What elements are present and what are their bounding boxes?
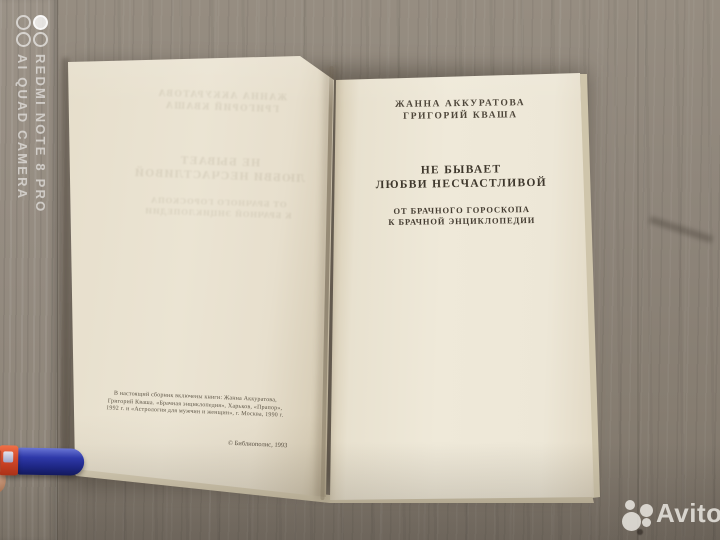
title-page-text-column: ЖАННА АККУРАТОВА ГРИГОРИЙ КВАША НЕ БЫВАЕ…	[328, 96, 594, 228]
avito-dot-icon	[625, 500, 635, 510]
author-name: ЖАННА АККУРАТОВА	[328, 96, 592, 112]
imprint-line: 1992 г. и «Астрология для мужчин и женщи…	[86, 404, 304, 421]
camera-lens-icon	[16, 15, 31, 30]
pen-cap-body	[16, 448, 84, 476]
ballpoint-pen	[0, 443, 90, 497]
ghost-author-line: ЖАННА АККУРАТОВА	[120, 86, 324, 105]
camera-lens-icon	[16, 32, 31, 47]
avito-logo-text: Avito	[656, 498, 720, 529]
watermark-text: REDMI NOTE 8 PRO AI QUAD CAMERA	[13, 54, 49, 250]
book-title-line: ЛЮБВИ НЕСЧАСТЛИВОЙ	[329, 176, 593, 193]
book-subtitle-line: ОТ БРАЧНОГО ГОРОСКОПА	[330, 203, 594, 217]
camera-lens-icon	[33, 32, 48, 47]
authors-block: ЖАННА АККУРАТОВА ГРИГОРИЙ КВАША	[328, 96, 592, 124]
imprint-line: Григорий Кваша. «Брачная энциклопедия», …	[86, 397, 304, 414]
watermark-line-2: AI QUAD CAMERA	[13, 54, 31, 250]
book-title: НЕ БЫВАЕТ ЛЮБВИ НЕСЧАСТЛИВОЙ	[329, 162, 593, 193]
show-through-ghost-text: ЖАННА АККУРАТОВА ГРИГОРИЙ КВАША НЕ БЫВАЕ…	[116, 86, 324, 221]
camera-lens-icon-filled	[33, 15, 48, 30]
quad-camera-icon	[16, 15, 50, 49]
author-name: ГРИГОРИЙ КВАША	[328, 108, 592, 124]
ghost-subtitle-line: К БРАЧНОЙ ЭНЦИКЛОПЕДИИ	[116, 204, 320, 222]
avito-dot-icon	[622, 512, 641, 531]
book-left-edge-shadow	[62, 58, 69, 474]
imprint-line: В настоящий сборник включены книги: Жанн…	[86, 389, 304, 406]
photo-of-open-book: REDMI NOTE 8 PRO AI QUAD CAMERA ЖАННА АК…	[0, 0, 720, 540]
book-subtitle: ОТ БРАЧНОГО ГОРОСКОПА К БРАЧНОЙ ЭНЦИКЛОП…	[330, 203, 594, 228]
book-title-line: НЕ БЫВАЕТ	[329, 162, 593, 179]
ghost-title-line: НЕ БЫВАЕТ	[118, 152, 322, 173]
pen-clip-highlight	[3, 451, 13, 462]
wood-seam	[637, 0, 639, 540]
book-left-page: ЖАННА АККУРАТОВА ГРИГОРИЙ КВАША НЕ БЫВАЕ…	[60, 50, 340, 505]
ghost-subtitle-line: ОТ БРАЧНОГО ГОРОСКОПА	[116, 193, 320, 211]
wood-knot	[637, 529, 643, 535]
book-subtitle-line: К БРАЧНОЙ ЭНЦИКЛОПЕДИИ	[330, 214, 594, 228]
ghost-author-line: ГРИГОРИЙ КВАША	[119, 98, 323, 117]
copyright-line: © Библиополис, 1993	[228, 440, 288, 449]
book-title-page: ЖАННА АККУРАТОВА ГРИГОРИЙ КВАША НЕ БЫВАЕ…	[325, 62, 605, 512]
avito-dot-icon	[640, 504, 653, 517]
ghost-title-line: ЛЮБВИ НЕСЧАСТЛИВОЙ	[117, 166, 321, 187]
imprint-text: В настоящий сборник включены книги: Жанн…	[86, 389, 305, 421]
avito-dot-icon	[642, 518, 651, 527]
watermark-line-1: REDMI NOTE 8 PRO	[31, 54, 49, 250]
